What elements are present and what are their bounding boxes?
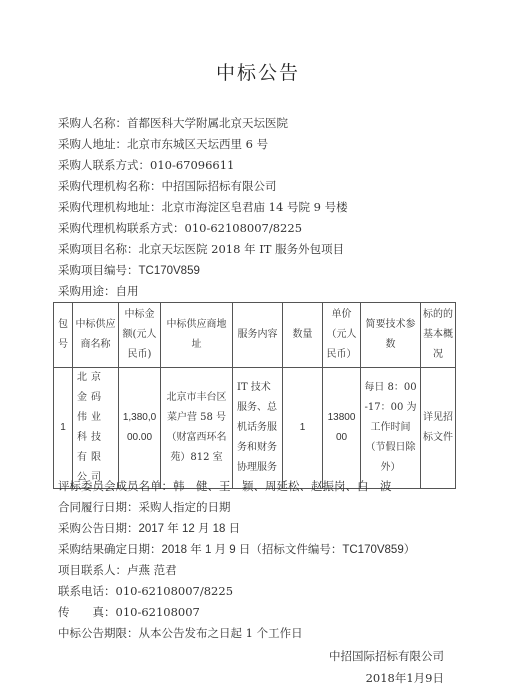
field-label: 采购代理机构名称： bbox=[58, 179, 162, 193]
field-contract-date: 合同履行日期：采购人指定的日期 bbox=[58, 500, 231, 514]
col-header-tech-params: 简要技术参数 bbox=[361, 303, 421, 368]
page-title: 中标公告 bbox=[0, 58, 516, 85]
col-header-overview: 标的的基本概况 bbox=[421, 303, 456, 368]
cell-amount: 1,380,000.00 bbox=[119, 368, 161, 489]
field-committee: 评标委员会成员名单：韩 健、王 颖、周延松、赵振岗、白 波 bbox=[58, 479, 392, 493]
cell-supplier-name: 北京金码伟业科技有限公司 bbox=[73, 368, 119, 489]
field-purchaser-contact: 采购人联系方式：010-67096611 bbox=[58, 158, 234, 172]
field-value: 自用 bbox=[116, 284, 139, 298]
cell-unit-price: 1380000 bbox=[323, 368, 361, 489]
field-announce-period: 中标公告期限：从本公告发布之日起 1 个工作日 bbox=[58, 626, 303, 640]
field-label: 中标公告期限： bbox=[58, 626, 139, 640]
field-agency-address: 采购代理机构地址：北京市海淀区皂君庙 14 号院 9 号楼 bbox=[58, 200, 348, 214]
field-label: 联系电话： bbox=[58, 584, 116, 598]
field-value: 采购人指定的日期 bbox=[139, 500, 231, 514]
col-header-package-no: 包号 bbox=[54, 303, 73, 368]
field-label: 采购人联系方式： bbox=[58, 158, 150, 172]
field-label: 采购人名称： bbox=[58, 116, 127, 130]
col-header-unit-price: 单价（元人民币） bbox=[323, 303, 361, 368]
field-label: 采购项目编号： bbox=[58, 263, 139, 277]
field-value: 010-62108007 bbox=[116, 605, 200, 619]
field-result-date: 采购结果确定日期：2018 年 1 月 9 日（招标文件编号：TC170V859… bbox=[58, 542, 415, 557]
field-value: 2018 年 1 月 9 日（招标文件编号：TC170V859） bbox=[162, 544, 416, 556]
field-agency-contact: 采购代理机构联系方式：010-62108007/8225 bbox=[58, 221, 302, 235]
field-label: 合同履行日期： bbox=[58, 500, 139, 514]
field-label: 采购公告日期： bbox=[58, 521, 139, 535]
field-value: 首都医科大学附属北京天坛医院 bbox=[127, 116, 288, 130]
col-header-amount: 中标金额(元人民币) bbox=[119, 303, 161, 368]
field-value: 010-62108007/8225 bbox=[116, 584, 234, 598]
cell-package-no: 1 bbox=[54, 368, 73, 489]
field-value: 010-62108007/8225 bbox=[185, 221, 303, 235]
col-header-quantity: 数量 bbox=[283, 303, 323, 368]
cell-service: IT 技术服务、总机话务服务和财务协理服务 bbox=[233, 368, 283, 489]
cell-quantity: 1 bbox=[283, 368, 323, 489]
field-label: 采购代理机构联系方式： bbox=[58, 221, 185, 235]
field-label: 采购结果确定日期： bbox=[58, 542, 162, 556]
field-label: 采购人地址： bbox=[58, 137, 127, 151]
field-fax: 传 真：010-62108007 bbox=[58, 605, 200, 619]
field-value: 中招国际招标有限公司 bbox=[162, 179, 277, 193]
field-phone: 联系电话：010-62108007/8225 bbox=[58, 584, 233, 598]
field-label: 传 真： bbox=[58, 605, 116, 619]
field-value: 韩 健、王 颖、周延松、赵振岗、白 波 bbox=[173, 479, 392, 493]
field-label: 采购代理机构地址： bbox=[58, 200, 162, 214]
field-purchaser-address: 采购人地址：北京市东城区天坛西里 6 号 bbox=[58, 137, 268, 151]
signature-date: 2018年1月9日 bbox=[366, 670, 444, 686]
cell-supplier-address: 北京市丰台区菜户营 58 号（财富西环名苑）812 室 bbox=[161, 368, 233, 489]
field-project-name: 采购项目名称：北京天坛医院 2018 年 IT 服务外包项目 bbox=[58, 242, 344, 256]
field-value: 2017 年 12 月 18 日 bbox=[139, 523, 241, 535]
col-header-service: 服务内容 bbox=[233, 303, 283, 368]
field-value: 卢燕 范君 bbox=[127, 563, 177, 577]
field-purchaser-name: 采购人名称：首都医科大学附属北京天坛医院 bbox=[58, 116, 288, 130]
field-value: 北京市东城区天坛西里 6 号 bbox=[127, 137, 268, 151]
field-label: 项目联系人： bbox=[58, 563, 127, 577]
field-purpose: 采购用途：自用 bbox=[58, 284, 139, 298]
cell-overview: 详见招标文件 bbox=[421, 368, 456, 489]
signature-organization: 中招国际招标有限公司 bbox=[329, 648, 444, 664]
field-label: 采购用途： bbox=[58, 284, 116, 298]
field-announce-date: 采购公告日期：2017 年 12 月 18 日 bbox=[58, 521, 240, 536]
field-label: 采购项目名称： bbox=[58, 242, 139, 256]
cell-tech-params: 每日 8：00-17：00 为工作时间（节假日除外） bbox=[361, 368, 421, 489]
field-value: 从本公告发布之日起 1 个工作日 bbox=[139, 626, 303, 640]
award-table: 包号 中标供应商名称 中标金额(元人民币) 中标供应商地址 服务内容 数量 单价… bbox=[53, 302, 456, 489]
field-value: TC170V859 bbox=[139, 265, 200, 277]
field-project-contact: 项目联系人：卢燕 范君 bbox=[58, 563, 177, 577]
field-value: 北京市海淀区皂君庙 14 号院 9 号楼 bbox=[162, 200, 348, 214]
field-project-number: 采购项目编号：TC170V859 bbox=[58, 263, 200, 278]
table-header-row: 包号 中标供应商名称 中标金额(元人民币) 中标供应商地址 服务内容 数量 单价… bbox=[54, 303, 456, 368]
field-label: 评标委员会成员名单： bbox=[58, 479, 173, 493]
table-row: 1 北京金码伟业科技有限公司 1,380,000.00 北京市丰台区菜户营 58… bbox=[54, 368, 456, 489]
field-value: 北京天坛医院 2018 年 IT 服务外包项目 bbox=[139, 242, 345, 256]
col-header-supplier-name: 中标供应商名称 bbox=[73, 303, 119, 368]
field-agency-name: 采购代理机构名称：中招国际招标有限公司 bbox=[58, 179, 277, 193]
col-header-supplier-address: 中标供应商地址 bbox=[161, 303, 233, 368]
field-value: 010-67096611 bbox=[150, 158, 234, 172]
